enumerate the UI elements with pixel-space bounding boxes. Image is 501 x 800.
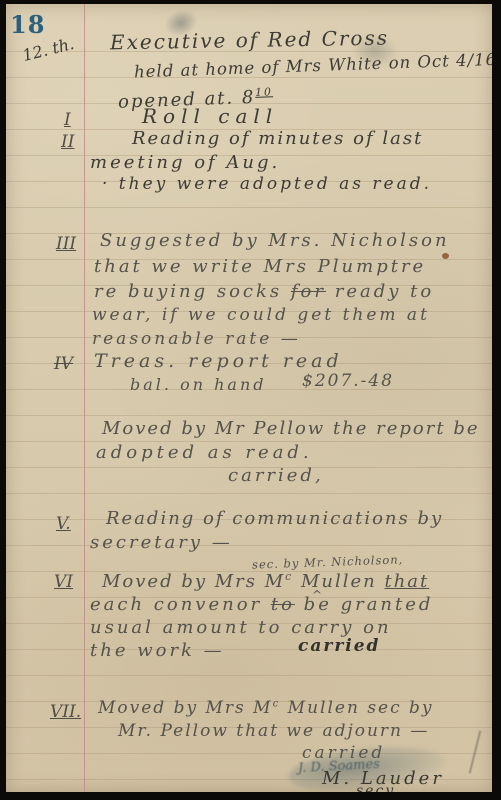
item-7-line-1: Moved by Mrs Mc Mullen sec by <box>98 698 434 718</box>
item-6-line-1-inserted-word: that <box>384 571 429 592</box>
item-2-line-3: · they were adopted as read. <box>102 174 432 194</box>
item-numeral-7: VII. <box>50 702 81 722</box>
item-7-line-1-pre: Moved by Mrs M <box>98 698 273 718</box>
item-numeral-3: III <box>56 234 76 254</box>
red-margin-line <box>84 4 85 792</box>
item-6-line-1: Moved by Mrs Mc Mullen that <box>102 570 429 592</box>
item-6-line-3: usual amount to carry on <box>90 617 392 638</box>
item-2-line-1: Reading of minutes of last <box>132 128 423 149</box>
item-2-line-2: meeting of Aug. <box>90 152 280 173</box>
rust-spot <box>442 253 449 259</box>
item-6-line-2-struck-word: to <box>271 594 295 615</box>
item-numeral-4: IV <box>54 354 73 374</box>
scanned-minutes-page: { "colors": { "paper": "#d8cbae", "ink":… <box>0 0 501 800</box>
item-4-line-1: Treas. report read <box>94 350 343 372</box>
item-6-line-4: the work — <box>90 640 225 661</box>
title-line: Executive of Red Cross <box>110 26 389 55</box>
opened-time-superscript: 10 <box>255 85 273 99</box>
item-6-line-2-pre: each convenor <box>90 594 271 615</box>
page-number: 18 <box>10 10 45 39</box>
ledger-paper: 18 12. th. Executive of Red Cross held a… <box>6 4 492 792</box>
item-numeral-1: I <box>64 110 71 130</box>
item-3-line-3-post: ready to <box>326 281 434 302</box>
item-numeral-6: VI <box>54 572 73 592</box>
item-3-line-5: reasonable rate — <box>92 329 301 349</box>
item-5-line-2: secretary — <box>90 532 233 553</box>
item-3-line-4: wear, if we could get them at <box>92 305 430 325</box>
item-4-balance-label: bal. on hand <box>130 375 266 394</box>
stray-pen-stroke <box>469 730 482 773</box>
item-6-insertion: sec. by Mr. Nicholson, <box>252 552 404 571</box>
item-numeral-5: V. <box>56 514 71 534</box>
item-4-motion-2: adopted as read. <box>96 442 313 463</box>
item-7-line-1-post: Mullen sec by <box>280 698 433 718</box>
item-6-line-2: each convenor to be granted <box>90 594 433 615</box>
item-6-line-1-mid: Mullen <box>293 571 384 592</box>
item-3-line-3-pre: re buying socks <box>94 281 291 302</box>
item-5-line-1: Reading of communications by <box>106 508 443 529</box>
item-4-result: carried, <box>228 465 324 486</box>
item-6-line-2-post: be granted <box>295 594 433 615</box>
item-3-line-2: that we write Mrs Plumptre <box>94 256 426 277</box>
item-3-line-1: Suggested by Mrs. Nicholson <box>100 230 450 251</box>
item-6-line-1-pre: Moved by Mrs M <box>102 571 285 592</box>
secretary-title: secy, <box>356 783 400 792</box>
item-4-motion-1: Moved by Mr Pellow the report be <box>102 418 480 439</box>
item-3-line-3: re buying socks for ready to <box>94 281 434 302</box>
item-4-balance-amount: $207.-48 <box>302 371 394 391</box>
item-3-line-3-struck-word: for <box>291 281 326 302</box>
location-line: held at home of Mrs White on Oct 4/16. <box>134 50 492 82</box>
item-6-result: carried <box>298 636 380 656</box>
item-1-line: Roll call <box>142 104 278 128</box>
item-numeral-2: II <box>61 132 74 152</box>
item-7-line-2: Mr. Pellow that we adjourn — <box>118 721 429 741</box>
